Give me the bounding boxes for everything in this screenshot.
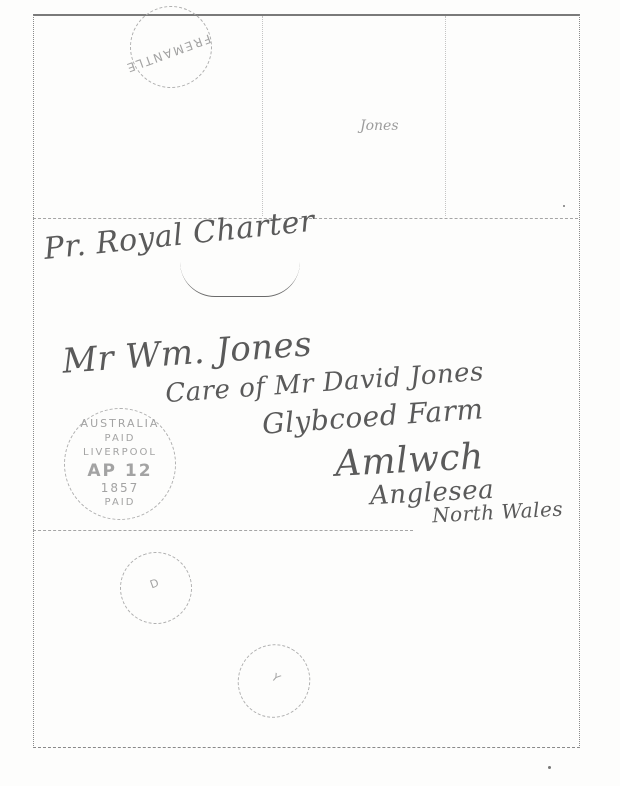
postmark-city: LIVERPOOL [65, 447, 175, 458]
ink-speck [563, 205, 565, 207]
back-flap-mark: Jones [360, 118, 399, 134]
postmark-top-text: FREMANTLE [133, 31, 213, 72]
postmark-date: AP 12 [65, 461, 175, 481]
envelope-scan: FREMANTLE Jones Pr. Royal Charter Mr Wm.… [0, 0, 620, 786]
postmark-ring-top: AUSTRALIA [65, 417, 175, 430]
postmark-ring-bottom: PAID [65, 497, 175, 508]
fold-line-vertical-right [445, 16, 446, 216]
ship-endorsement-flourish [180, 262, 300, 297]
fold-line-vertical-left [262, 16, 263, 216]
postmark-middle-text: D [119, 566, 189, 602]
ink-speck [548, 766, 551, 769]
postmark-paid: PAID [65, 433, 175, 444]
postmark-australia-paid: AUSTRALIA PAID LIVERPOOL AP 12 1857 PAID [64, 408, 176, 520]
fold-line-lower [33, 530, 413, 531]
postmark-year: 1857 [65, 481, 175, 495]
postmark-lower-text: Y [242, 655, 309, 701]
